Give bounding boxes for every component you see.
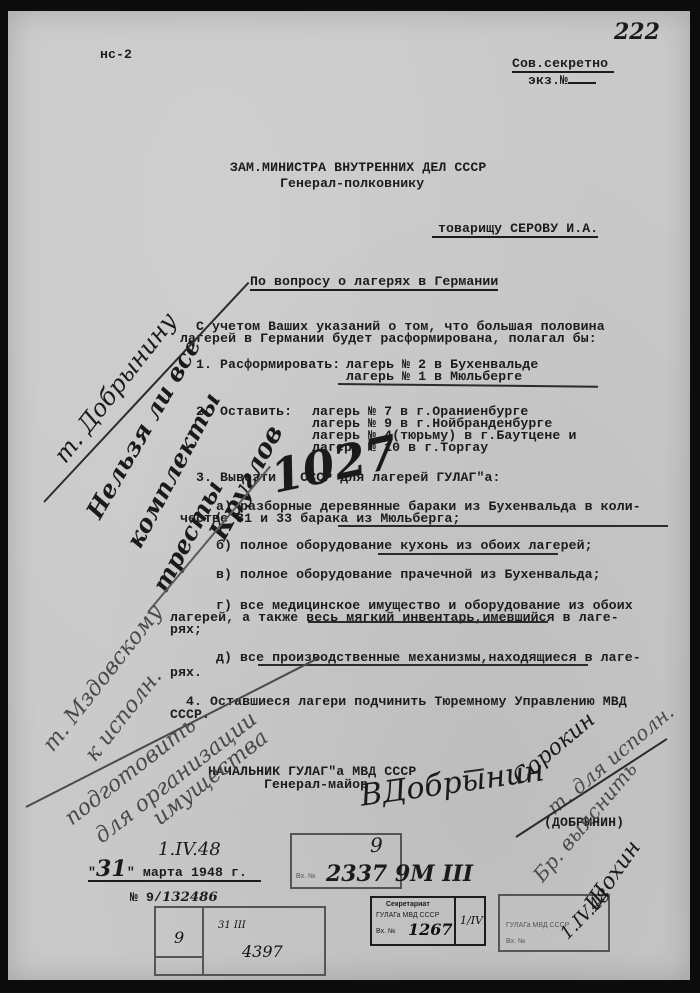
subject-line: По вопросу о лагерях в Германии [250, 275, 498, 291]
mid-number-top: 9 [370, 833, 383, 857]
addressee-title: ЗАМ.МИНИСТРА ВНУТРЕННИХ ДЕЛ СССР [230, 161, 486, 174]
underline-mark [308, 621, 548, 623]
date-note: 1.IV.48 [158, 839, 221, 860]
document-code: нс-2 [100, 48, 132, 61]
underline-mark [338, 525, 668, 527]
item-3d-line-1: д) все производственные механизмы,находя… [216, 651, 641, 664]
document-date: "31" марта 1948 г. [88, 863, 261, 882]
signatory-rank: Генерал-майор [264, 778, 368, 791]
item-3v: в) полное оборудование прачечной из Бухе… [216, 568, 601, 581]
underline-mark [338, 383, 598, 388]
mid-registration-number: 2337 9М III [326, 861, 473, 887]
addressee-name: товарищу СЕРОВУ И.А. [432, 222, 598, 238]
item-3d-line-2: рях. [170, 666, 202, 679]
item-1-line-2: лагерь № 1 в Мюльберге [346, 370, 522, 383]
item-1-label: 1. Расформировать: [196, 358, 340, 371]
intro-line-2: лагерей в Германии будет расформирована,… [180, 332, 597, 345]
copy-number-label: экз.№ [528, 74, 596, 87]
incoming-stamp-left: 9 31 III 4397 [154, 906, 326, 976]
document-number: № 9/132486 [130, 891, 218, 904]
underline-mark [378, 553, 558, 555]
addressee-rank: Генерал-полковнику [280, 177, 424, 190]
classification-label: Сов.секретно [512, 57, 614, 73]
page-number: 222 [614, 19, 660, 45]
document-page: нс-2 222 Сов.секретно экз.№ ЗАМ.МИНИСТРА… [8, 11, 690, 980]
item-4-line-1: 4. Оставшиеся лагери подчинить Тюремному… [186, 695, 627, 708]
secretariat-stamp: Секретариат ГУЛАГа МВД СССР Вх. № 1267 1… [370, 896, 486, 946]
item-3g-line-3: рях; [170, 623, 202, 636]
item-3b: б) полное оборудование кухонь из обоих л… [216, 539, 593, 552]
